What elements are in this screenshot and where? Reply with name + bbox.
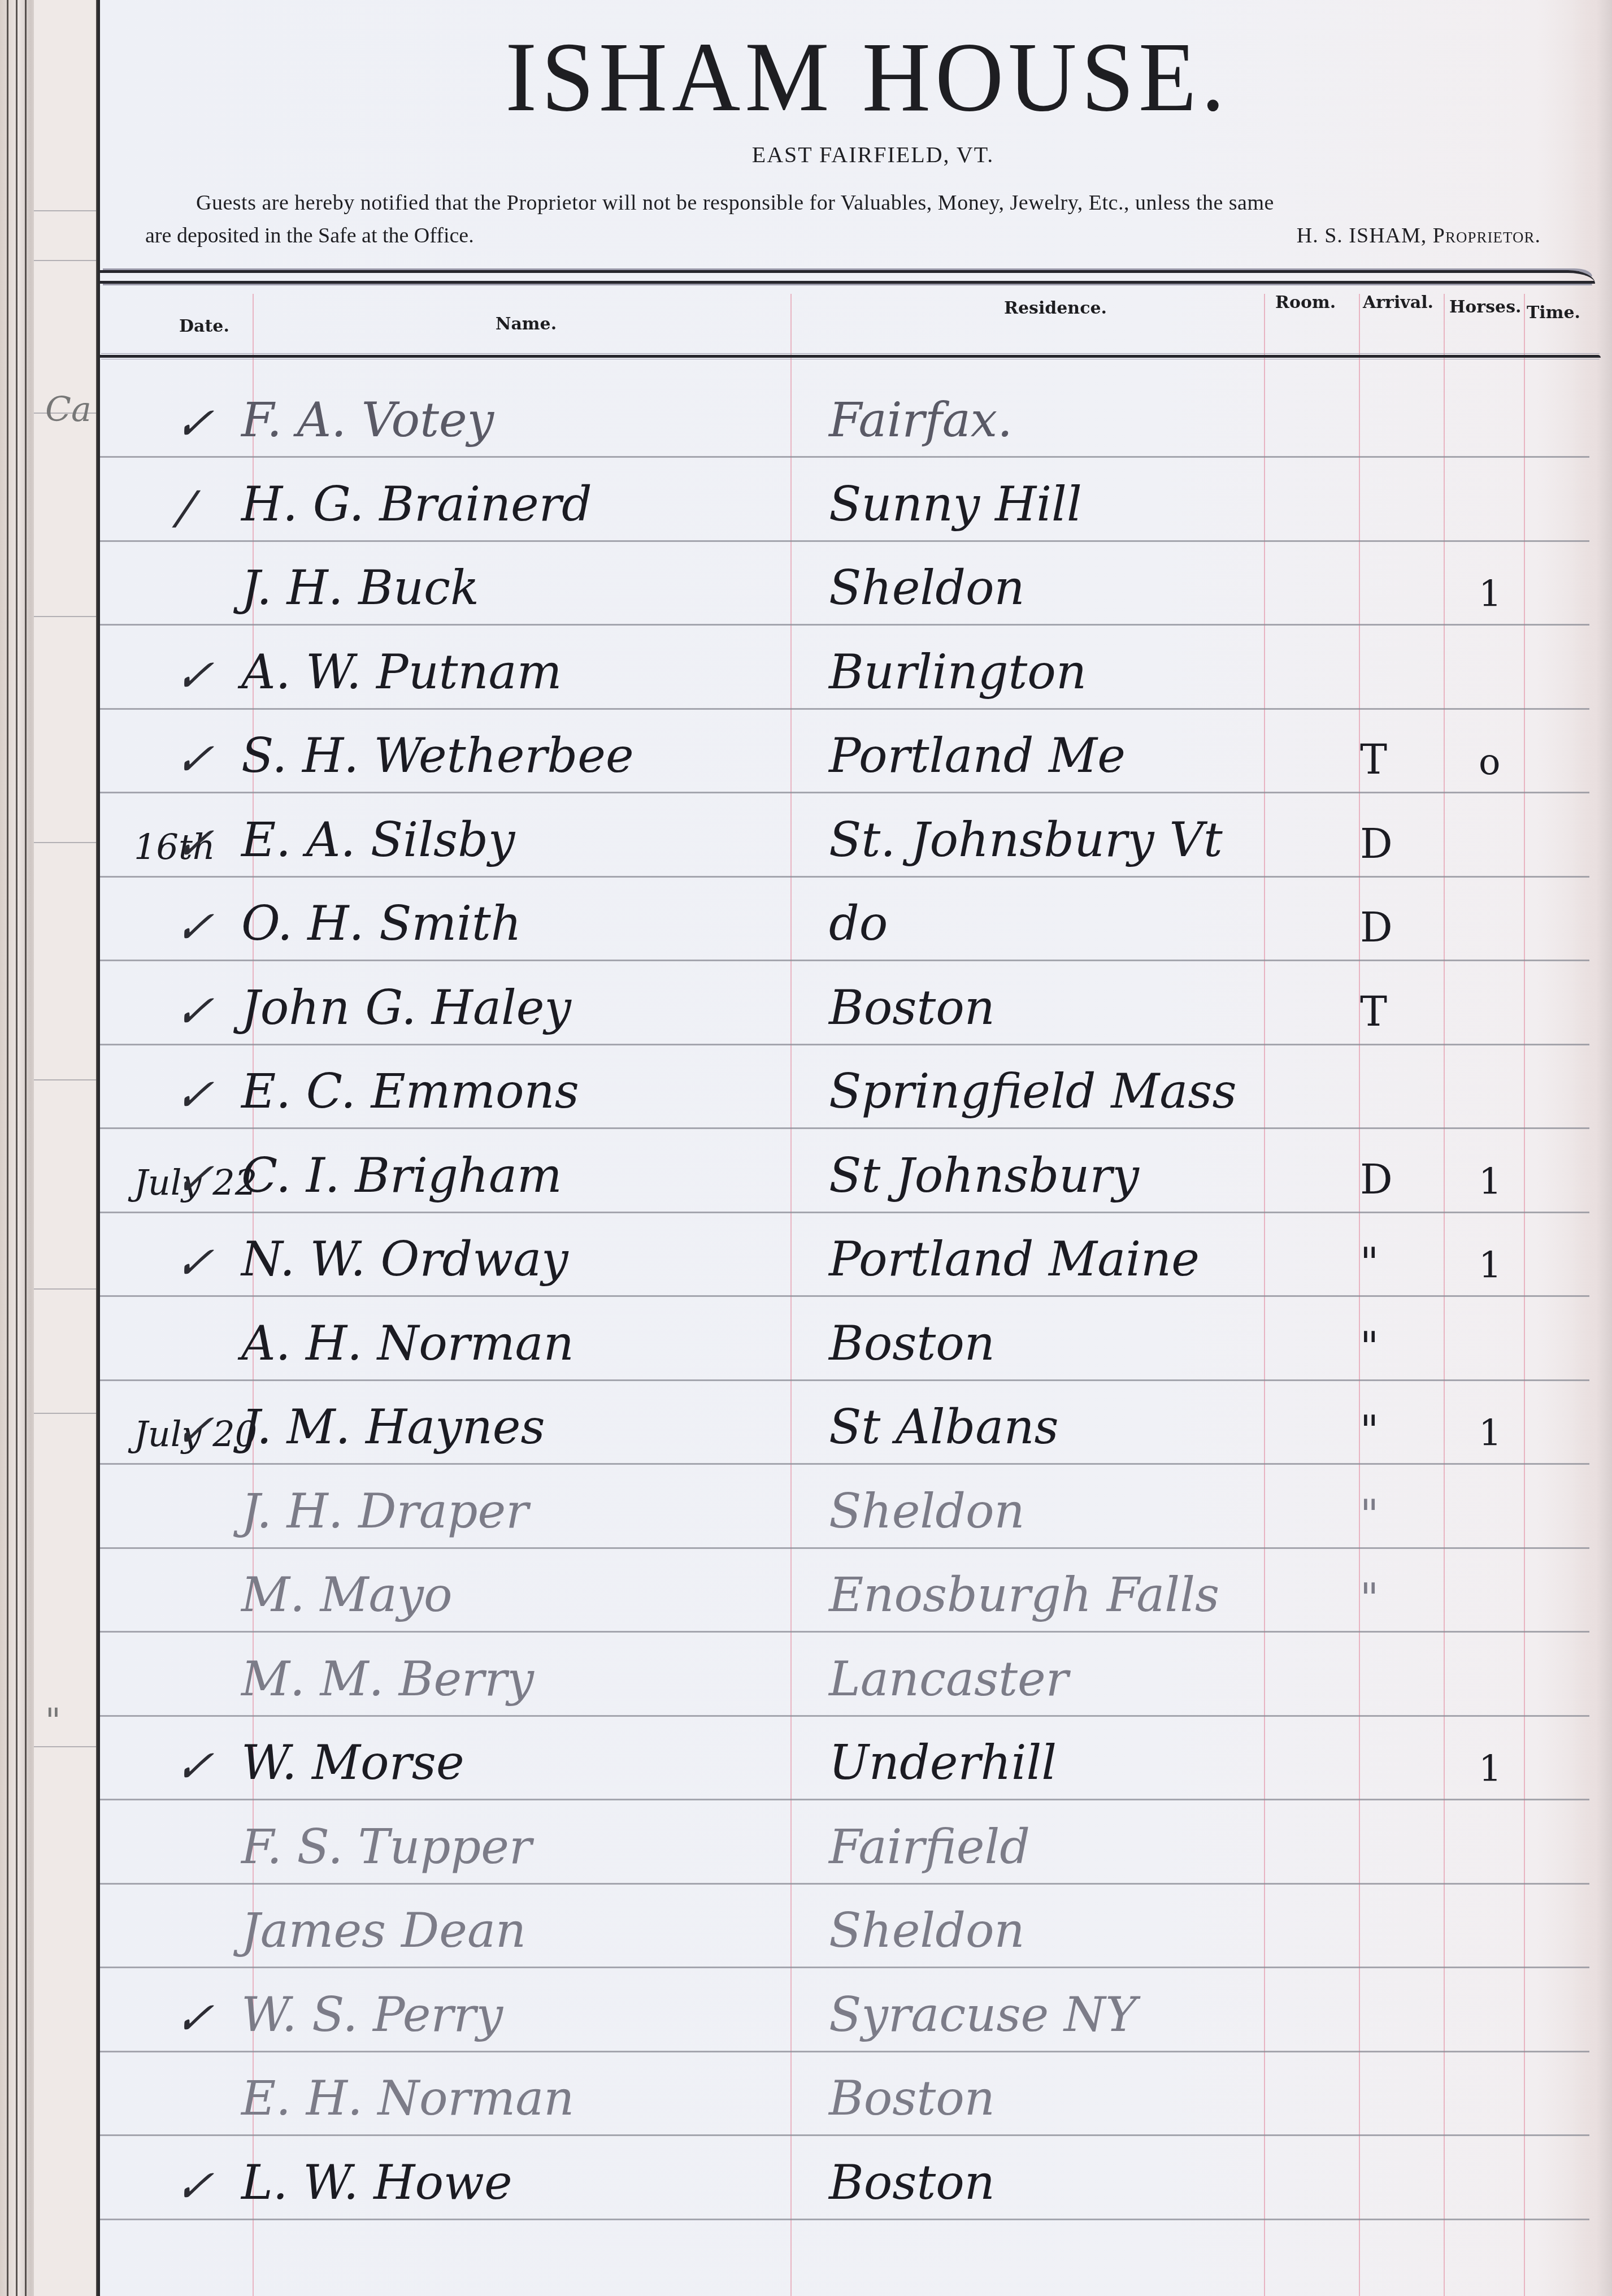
guest-residence: do <box>829 896 888 951</box>
register-entry: ✓ L. W. Howe Boston <box>100 2136 1612 2220</box>
guest-name: W. Morse <box>241 1735 464 1790</box>
proprietor-signature: H. S. ISHAM, Proprietor. <box>1297 219 1592 252</box>
guest-name: S. H. Wetherbee <box>241 728 634 783</box>
horses-count: 1 <box>1479 1245 1502 1287</box>
checkmark-icon: ✓ <box>170 733 227 785</box>
horses-count: o <box>1479 741 1501 783</box>
guest-residence: Portland Maine <box>829 1231 1200 1287</box>
guest-residence: Boston <box>829 1316 995 1371</box>
register-entry: J. H. Draper Sheldon " <box>100 1464 1612 1549</box>
guest-name: J. M. Haynes <box>241 1399 545 1455</box>
guest-residence: Sheldon <box>829 560 1025 615</box>
guest-residence: Burlington <box>829 644 1087 700</box>
guest-name: E. A. Silsby <box>241 812 515 867</box>
register-entry: A. H. Norman Boston " <box>100 1296 1612 1381</box>
arrival-mark: " <box>1360 1407 1379 1455</box>
register-page: ISHAM HOUSE. EAST FAIRFIELD, VT. Guests … <box>97 0 1612 2296</box>
liability-notice: Guests are hereby notified that the Prop… <box>145 186 1592 252</box>
register-entry: E. H. Norman Boston <box>100 2051 1612 2136</box>
arrival-mark: " <box>1360 1491 1379 1539</box>
register-entry: July 20 ✓ J. M. Haynes St Albans " 1 <box>100 1380 1612 1465</box>
margin-note: " <box>45 1701 61 1741</box>
column-header-room: Room. <box>1275 293 1336 313</box>
guest-residence: St Johnsbury <box>829 1148 1139 1203</box>
register-entry: James Dean Sheldon <box>100 1883 1612 1968</box>
register-entry: July 22 ✓ C. I. Brigham St Johnsbury D 1 <box>100 1129 1612 1213</box>
checkmark-icon: ✓ <box>170 985 227 1038</box>
register-entry: M. M. Berry Lancaster <box>100 1632 1612 1717</box>
column-header-date: Date. <box>179 316 229 336</box>
register-entry: ✓ E. C. Emmons Springfield Mass <box>100 1044 1612 1129</box>
register-entry: / H. G. Brainerd Sunny Hill <box>100 457 1612 542</box>
arrival-mark: " <box>1360 1575 1379 1622</box>
row-rule <box>100 2219 1589 2220</box>
column-header-name: Name. <box>496 314 557 334</box>
guest-residence: Sheldon <box>829 1483 1025 1539</box>
guest-name: M. Mayo <box>241 1567 453 1622</box>
column-header-horses: Horses. <box>1449 297 1521 317</box>
arrival-mark: D <box>1360 820 1393 867</box>
guest-residence: Portland Me <box>829 728 1126 783</box>
horses-count: 1 <box>1479 574 1502 615</box>
checkmark-icon: ✓ <box>170 397 227 450</box>
guest-name: F. S. Tupper <box>241 1819 532 1874</box>
checkmark-icon: ✓ <box>170 1236 227 1289</box>
checkmark-icon: ✓ <box>170 2160 227 2212</box>
page-title: ISHAM HOUSE. <box>100 20 1612 134</box>
arrival-mark: D <box>1360 904 1393 951</box>
arrival-mark: T <box>1360 736 1387 783</box>
checkmark-icon: ✓ <box>170 1992 227 2045</box>
guest-name: E. C. Emmons <box>241 1064 579 1119</box>
guest-name: H. G. Brainerd <box>241 476 592 532</box>
horses-count: 1 <box>1479 1161 1502 1203</box>
guest-residence: St. Johnsbury Vt <box>829 812 1223 867</box>
register-entry: ✓ W. S. Perry Syracuse NY <box>100 1968 1612 2052</box>
horses-count: 1 <box>1479 1748 1502 1790</box>
guest-residence: Lancaster <box>829 1651 1068 1707</box>
arrival-mark: T <box>1360 988 1387 1035</box>
arrival-mark: " <box>1360 1323 1379 1371</box>
checkmark-icon: / <box>170 481 204 534</box>
guest-residence: St Albans <box>829 1399 1059 1455</box>
arrival-mark: " <box>1360 1239 1379 1287</box>
guest-name: C. I. Brigham <box>241 1148 562 1203</box>
column-header-time: Time. <box>1527 303 1580 323</box>
horses-count: 1 <box>1479 1413 1502 1455</box>
register-entry: ✓ A. W. Putnam Burlington <box>100 625 1612 710</box>
header-top-rule <box>100 270 1595 284</box>
register-entry: ✓ F. A. Votey Fairfax. <box>100 373 1612 458</box>
guest-residence: Boston <box>829 2155 995 2210</box>
register-entry: ✓ O. H. Smith do D <box>100 876 1612 961</box>
register-entry: ✓ N. W. Ordway Portland Maine " 1 <box>100 1212 1612 1297</box>
checkmark-icon: ✓ <box>170 649 227 702</box>
arrival-mark: D <box>1360 1156 1393 1203</box>
guest-name: James Dean <box>241 1903 526 1958</box>
guest-name: A. H. Norman <box>241 1316 574 1371</box>
guest-name: O. H. Smith <box>241 896 522 951</box>
notice-line-1: Guests are hereby notified that the Prop… <box>145 186 1592 219</box>
checkmark-icon: ✓ <box>170 1069 227 1121</box>
guest-name: J. H. Draper <box>241 1483 528 1539</box>
register-entry: ✓ John G. Haley Boston T <box>100 961 1612 1045</box>
guest-residence: Enosburgh Falls <box>829 1567 1219 1622</box>
checkmark-icon: ✓ <box>170 901 227 953</box>
register-entry: J. H. Buck Sheldon 1 <box>100 541 1612 626</box>
guest-residence: Boston <box>829 980 995 1035</box>
checkmark-icon: ✓ <box>170 1740 227 1792</box>
register-entry: ✓ S. H. Wetherbee Portland Me T o <box>100 709 1612 793</box>
guest-residence: Sheldon <box>829 1903 1025 1958</box>
guest-name: J. H. Buck <box>241 560 479 615</box>
guest-name: M. M. Berry <box>241 1651 534 1707</box>
guest-residence: Syracuse NY <box>829 1987 1137 2042</box>
register-entry: F. S. Tupper Fairfield <box>100 1800 1612 1885</box>
guest-residence: Fairfax. <box>829 392 1013 448</box>
margin-note: Ca <box>45 390 92 429</box>
column-header-arrival: Arrival. <box>1363 293 1433 313</box>
column-header-band: Date. Name. Residence. Room. Arrival. Ho… <box>100 270 1612 366</box>
previous-page-stub: Ca " <box>34 0 98 2296</box>
notice-line-2: are deposited in the Safe at the Office. <box>145 219 474 252</box>
guest-name: W. S. Perry <box>241 1987 503 2042</box>
guest-name: F. A. Votey <box>241 392 494 448</box>
register-entry: M. Mayo Enosburgh Falls " <box>100 1548 1612 1633</box>
guest-name: A. W. Putnam <box>241 644 562 700</box>
guest-name: L. W. Howe <box>241 2155 512 2210</box>
column-header-residence: Residence. <box>1004 298 1107 318</box>
register-entry: 16th ✓ E. A. Silsby St. Johnsbury Vt D <box>100 793 1612 878</box>
guest-residence: Underhill <box>829 1735 1057 1790</box>
guest-name: John G. Haley <box>241 980 571 1035</box>
guest-residence: Boston <box>829 2071 995 2126</box>
header-bottom-rule <box>100 355 1601 358</box>
register-entry: ✓ W. Morse Underhill 1 <box>100 1716 1612 1800</box>
guest-name: E. H. Norman <box>241 2071 574 2126</box>
guest-residence: Sunny Hill <box>829 476 1082 532</box>
guest-residence: Springfield Mass <box>829 1064 1237 1119</box>
location: EAST FAIRFIELD, VT. <box>100 141 1612 168</box>
guest-name: N. W. Ordway <box>241 1231 568 1287</box>
guest-residence: Fairfield <box>829 1819 1030 1874</box>
